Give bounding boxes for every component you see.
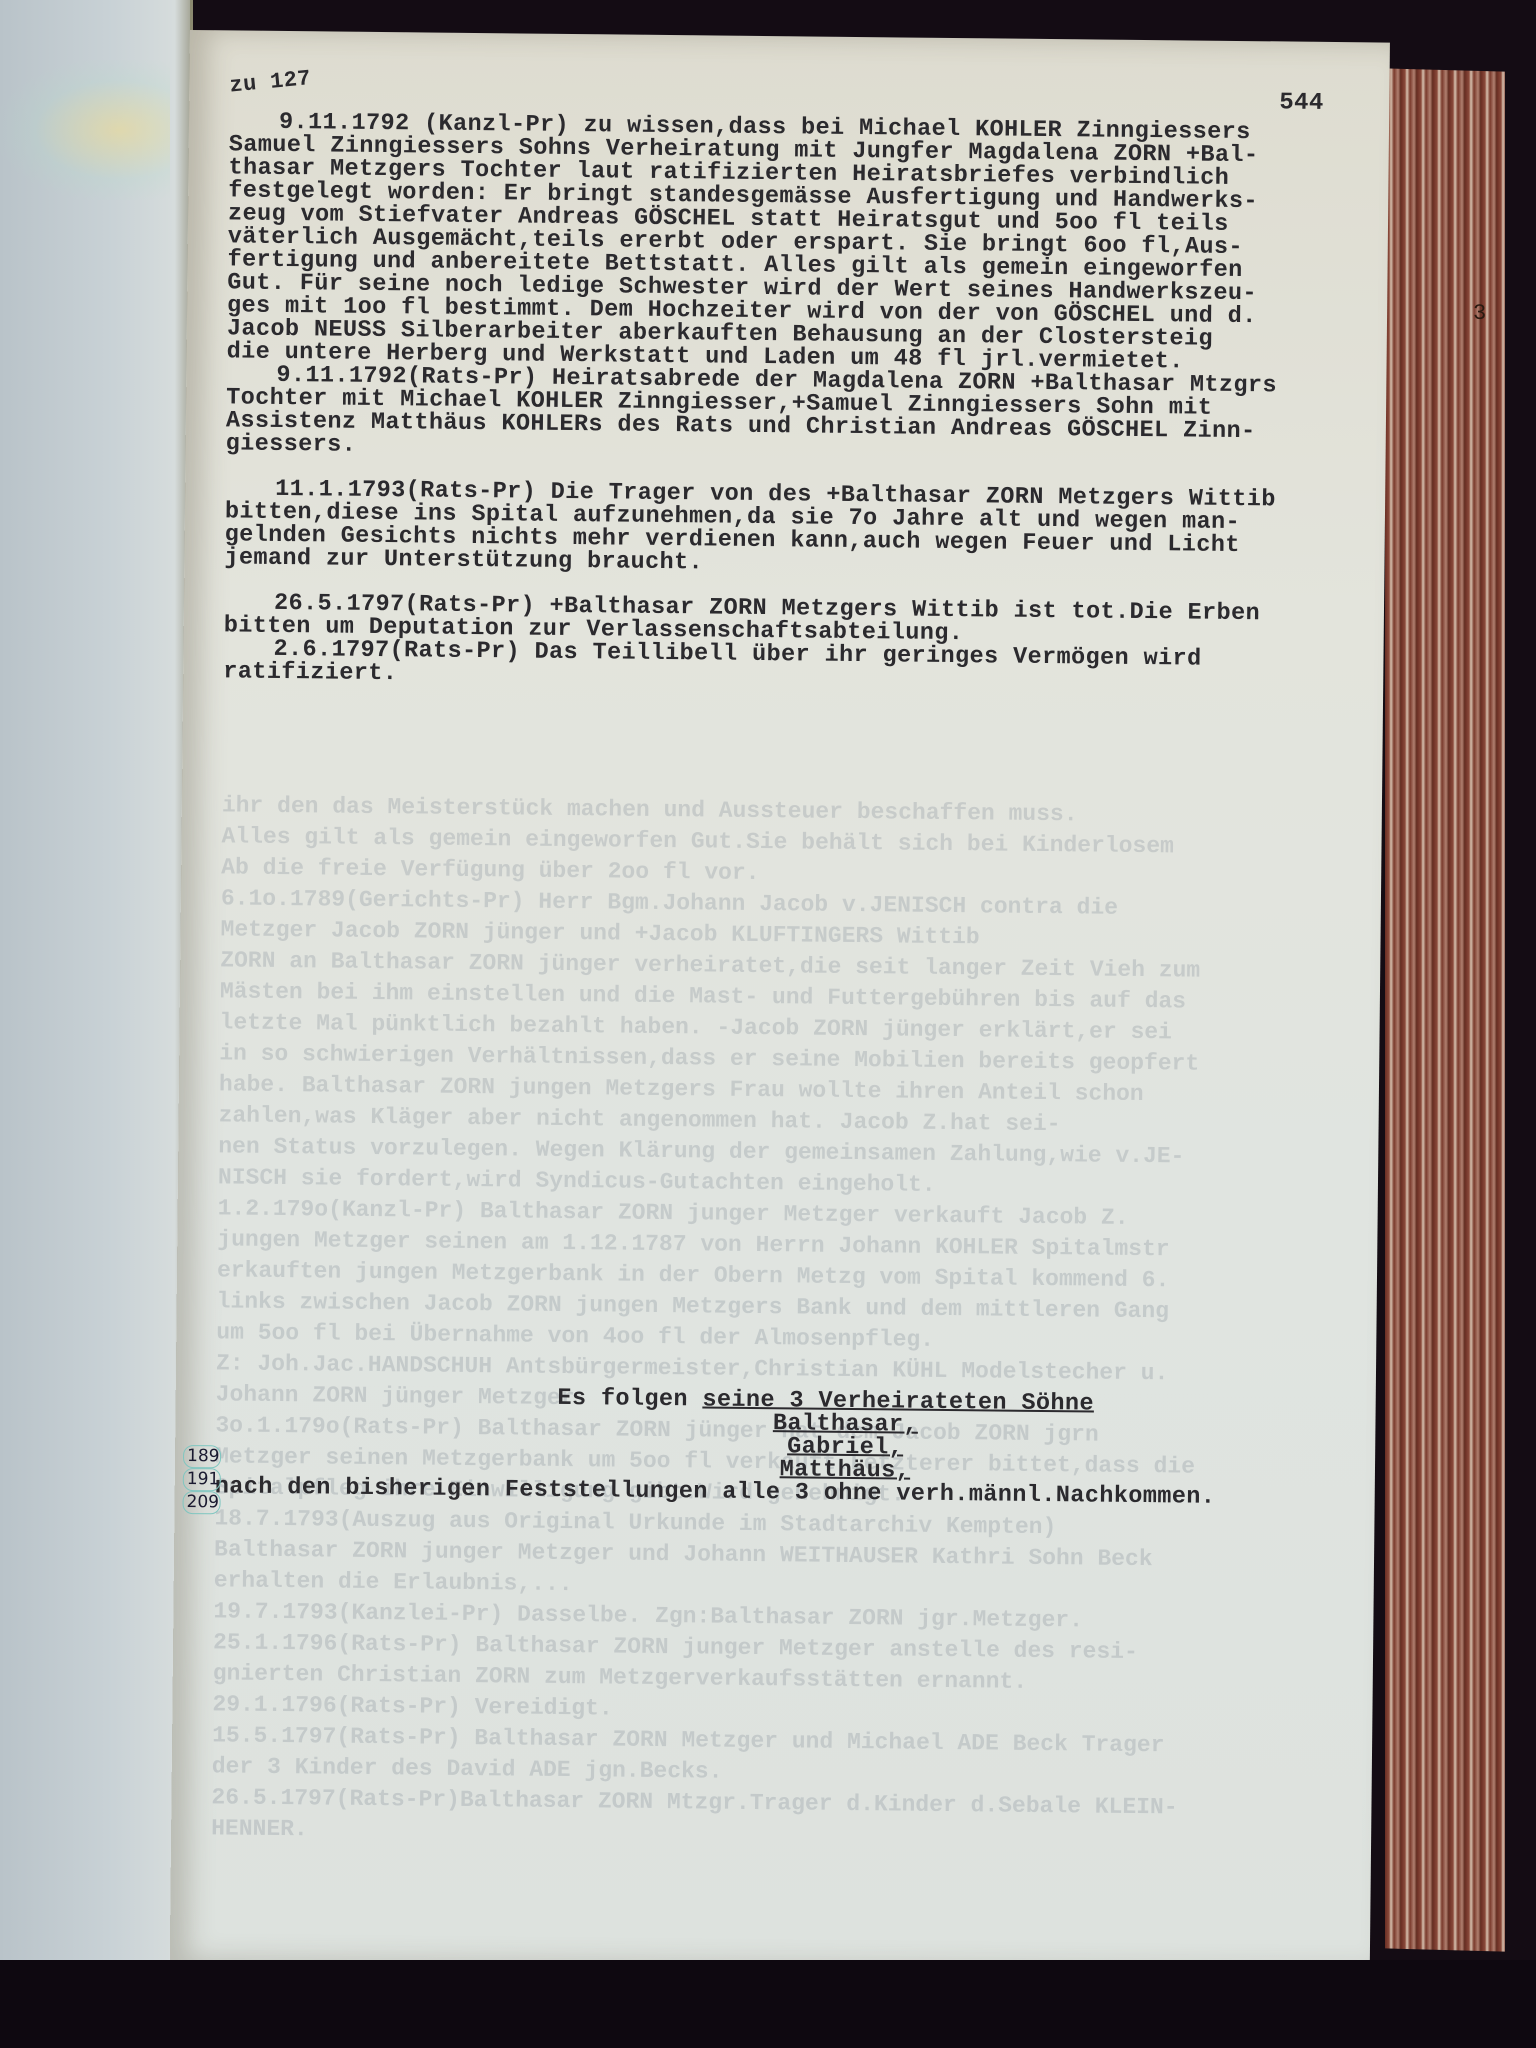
entries: 9.11.1792 (Kanzl-Pr) zu wissen,dass bei … xyxy=(223,110,1369,695)
entry: 9.11.1792 (Kanzl-Pr) zu wissen,dass bei … xyxy=(227,110,1370,375)
entry: 9.11.1792(Rats-Pr) Heiratsabrede der Mag… xyxy=(226,363,1367,467)
page-content: zu 127 544 9.11.1792 (Kanzl-Pr) zu wisse… xyxy=(215,70,1370,1510)
background-table xyxy=(0,1960,1536,2048)
margin-ref-189: 189 xyxy=(183,1445,221,1468)
entry: 11.1.1793(Rats-Pr) Die Trager von des +B… xyxy=(224,477,1365,581)
document-page: ihr den das Meisterstück machen und Auss… xyxy=(170,30,1390,1972)
page-number: 544 xyxy=(1279,91,1324,114)
margin-notes: 189 191 209 xyxy=(182,1445,221,1514)
entry: 2.6.1797(Rats-Pr) Das Teillibell über ih… xyxy=(223,637,1363,695)
page-edges: 3 xyxy=(1385,68,1505,1951)
previous-page xyxy=(0,0,193,1960)
margin-ref-191: 191 xyxy=(183,1468,221,1491)
margin-ref-209: 209 xyxy=(182,1491,220,1514)
edge-tab-number: 3 xyxy=(1473,301,1486,326)
sons-section: Es folgen seine 3 Verheirateten Söhne Ba… xyxy=(215,1383,1356,1510)
light-reflection xyxy=(0,60,170,200)
cross-reference: zu 127 xyxy=(229,67,312,98)
